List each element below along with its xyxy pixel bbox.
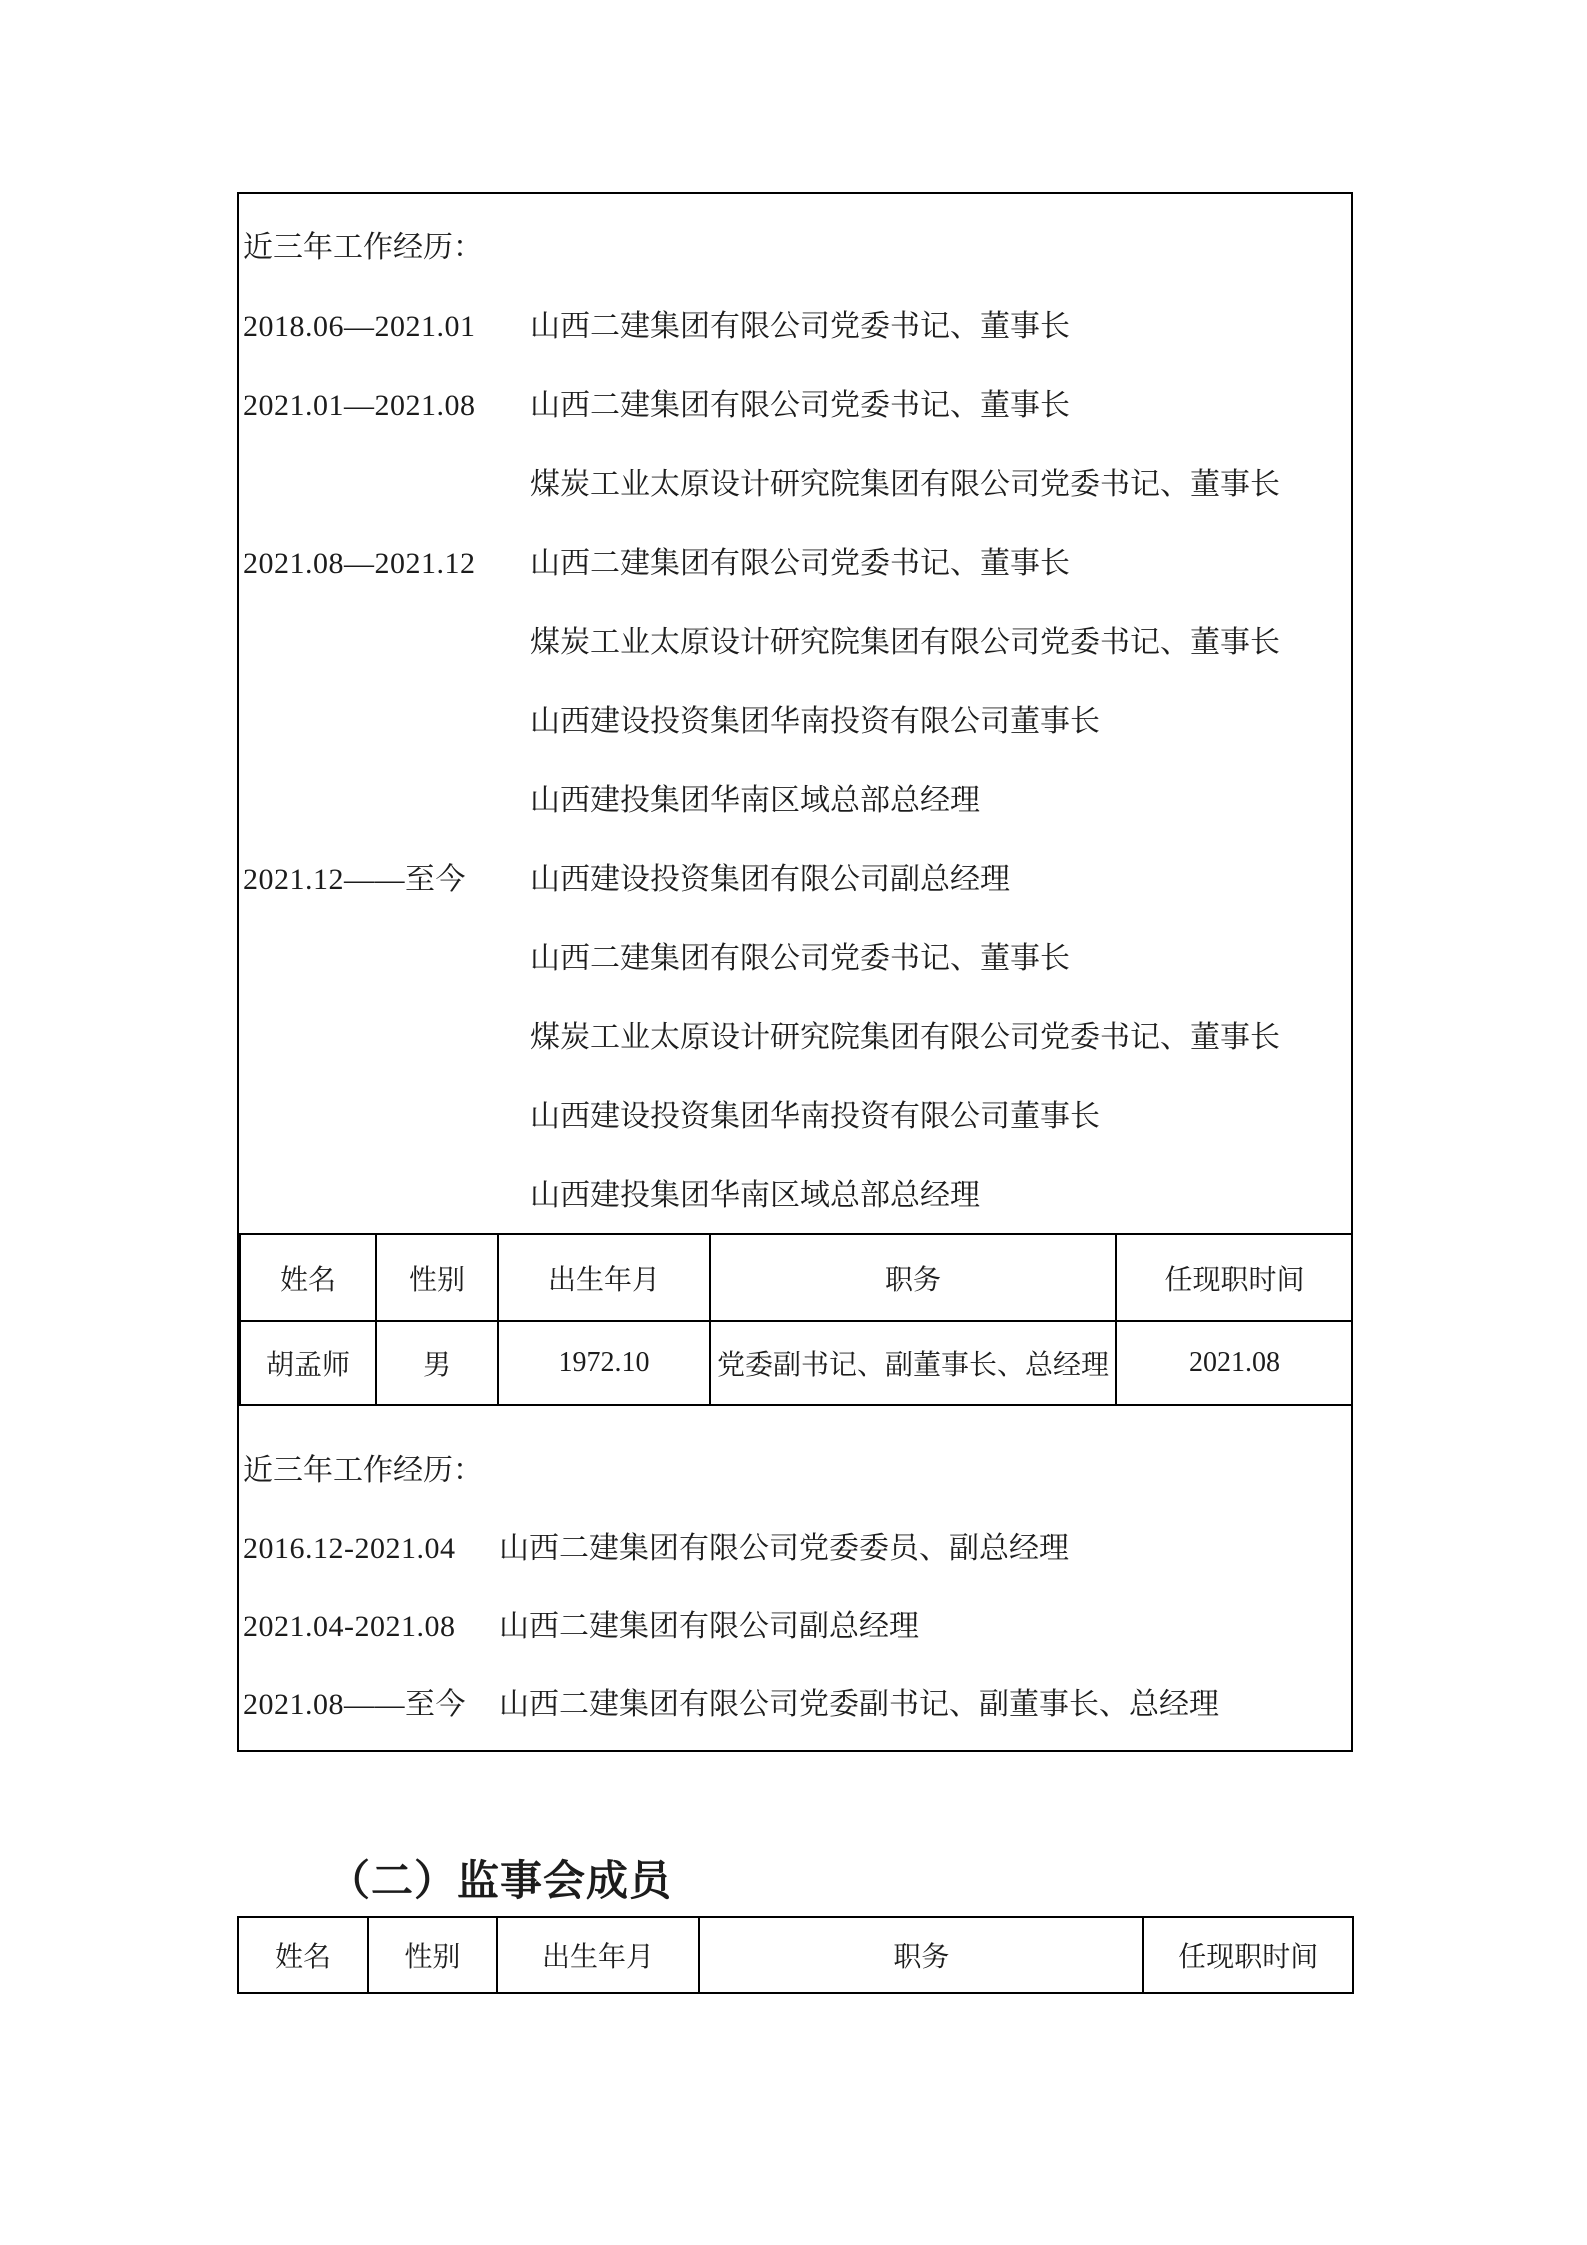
work-history-lines-2: 2016.12-2021.04山西二建集团有限公司党委委员、副总经理 2021.… — [243, 1510, 1345, 1744]
work-history-block-1: 近三年工作经历： 2018.06—2021.01山西二建集团有限公司党委书记、董… — [239, 194, 1351, 1233]
work-history-period: 2021.08——至今 — [243, 1666, 499, 1744]
work-history-position: 山西二建集团有限公司党委书记、董事长 — [530, 310, 1070, 343]
document-page: 近三年工作经历： 2018.06—2021.01山西二建集团有限公司党委书记、董… — [0, 0, 1587, 2245]
officer-table-data-cell: 男 — [376, 1321, 498, 1405]
work-history-line: 煤炭工业太原设计研究院集团有限公司党委书记、董事长 — [243, 998, 1345, 1077]
work-history-title: 近三年工作经历： — [243, 208, 1345, 287]
supervisor-table-header-row: 姓名 性别 出生年月 职务 任现职时间 — [238, 1917, 1353, 1993]
officer-table-data-cell: 1972.10 — [498, 1321, 710, 1405]
work-history-line: 山西建设投资集团华南投资有限公司董事长 — [243, 682, 1345, 761]
work-history-line: 2016.12-2021.04山西二建集团有限公司党委委员、副总经理 — [243, 1510, 1345, 1588]
work-history-position: 山西二建集团有限公司党委委员、副总经理 — [499, 1532, 1069, 1565]
supervisor-table-header-cell: 出生年月 — [497, 1917, 699, 1993]
work-history-line: 山西建设投资集团华南投资有限公司董事长 — [243, 1077, 1345, 1156]
work-history-line: 2021.12——至今山西建设投资集团有限公司副总经理 — [243, 840, 1345, 919]
work-history-line: 2021.01—2021.08山西二建集团有限公司党委书记、董事长 — [243, 366, 1345, 445]
supervisor-table-header-cell: 性别 — [368, 1917, 497, 1993]
work-history-position: 山西二建集团有限公司副总经理 — [499, 1610, 919, 1643]
work-history-line: 煤炭工业太原设计研究院集团有限公司党委书记、董事长 — [243, 603, 1345, 682]
work-history-position: 山西二建集团有限公司党委副书记、副董事长、总经理 — [499, 1688, 1219, 1721]
supervisor-table-header-cell: 姓名 — [238, 1917, 368, 1993]
supervisor-table-header-cell: 职务 — [699, 1917, 1143, 1993]
work-history-line: 山西二建集团有限公司党委书记、董事长 — [243, 919, 1345, 998]
work-history-position: 煤炭工业太原设计研究院集团有限公司党委书记、董事长 — [530, 626, 1280, 659]
officer-table-header-row: 姓名 性别 出生年月 职务 任现职时间 — [240, 1234, 1352, 1321]
officer-table-header-cell: 姓名 — [240, 1234, 376, 1321]
officer-table-header-cell: 出生年月 — [498, 1234, 710, 1321]
work-history-line: 2021.08——至今山西二建集团有限公司党委副书记、副董事长、总经理 — [243, 1666, 1345, 1744]
work-history-position: 山西建投集团华南区域总部总经理 — [530, 784, 980, 817]
work-history-position: 山西建投集团华南区域总部总经理 — [530, 1179, 980, 1212]
director-profile-table: 近三年工作经历： 2018.06—2021.01山西二建集团有限公司党委书记、董… — [237, 192, 1353, 1752]
work-history-period: 2018.06—2021.01 — [243, 287, 530, 366]
work-history-period: 2021.12——至今 — [243, 840, 530, 919]
work-history-position: 山西建设投资集团华南投资有限公司董事长 — [530, 705, 1100, 738]
work-history-line: 2018.06—2021.01山西二建集团有限公司党委书记、董事长 — [243, 287, 1345, 366]
officer-table-data-cell: 2021.08 — [1116, 1321, 1352, 1405]
officer-table-data-cell: 胡孟师 — [240, 1321, 376, 1405]
work-history-position: 山西二建集团有限公司党委书记、董事长 — [530, 942, 1070, 975]
work-history-position: 山西建设投资集团有限公司副总经理 — [530, 863, 1010, 896]
supervisor-table-header-cell: 任现职时间 — [1143, 1917, 1353, 1993]
work-history-position: 山西建设投资集团华南投资有限公司董事长 — [530, 1100, 1100, 1133]
work-history-line: 山西建投集团华南区域总部总经理 — [243, 1156, 1345, 1233]
work-history-title-2: 近三年工作经历： — [243, 1432, 1345, 1510]
work-history-line: 2021.08—2021.12山西二建集团有限公司党委书记、董事长 — [243, 524, 1345, 603]
work-history-block-2: 近三年工作经历： 2016.12-2021.04山西二建集团有限公司党委委员、副… — [239, 1406, 1351, 1747]
work-history-period: 2021.08—2021.12 — [243, 524, 530, 603]
work-history-position: 山西二建集团有限公司党委书记、董事长 — [530, 547, 1070, 580]
work-history-line: 2021.04-2021.08山西二建集团有限公司副总经理 — [243, 1588, 1345, 1666]
officer-table-header-cell: 职务 — [710, 1234, 1116, 1321]
work-history-period: 2021.01—2021.08 — [243, 366, 530, 445]
officer-table-data-cell: 党委副书记、副董事长、总经理 — [710, 1321, 1116, 1405]
work-history-period: 2016.12-2021.04 — [243, 1510, 499, 1588]
supervisor-table: 姓名 性别 出生年月 职务 任现职时间 — [237, 1916, 1354, 1994]
work-history-position: 煤炭工业太原设计研究院集团有限公司党委书记、董事长 — [530, 1021, 1280, 1054]
officer-info-table: 姓名 性别 出生年月 职务 任现职时间 胡孟师 男 — [239, 1233, 1352, 1406]
officer-table-data-row: 胡孟师 男 1972.10 党委副书记、副董事长、总经理 2021.08 — [240, 1321, 1352, 1405]
work-history-line: 山西建投集团华南区域总部总经理 — [243, 761, 1345, 840]
work-history-lines-1: 2018.06—2021.01山西二建集团有限公司党委书记、董事长 2021.0… — [243, 287, 1345, 1233]
work-history-line: 煤炭工业太原设计研究院集团有限公司党委书记、董事长 — [243, 445, 1345, 524]
work-history-position: 山西二建集团有限公司党委书记、董事长 — [530, 389, 1070, 422]
officer-table-header-cell: 性别 — [376, 1234, 498, 1321]
officer-table-header-cell: 任现职时间 — [1116, 1234, 1352, 1321]
section-heading-supervisors: （二）监事会成员 — [328, 1856, 672, 1908]
work-history-position: 煤炭工业太原设计研究院集团有限公司党委书记、董事长 — [530, 468, 1280, 501]
work-history-period: 2021.04-2021.08 — [243, 1588, 499, 1666]
